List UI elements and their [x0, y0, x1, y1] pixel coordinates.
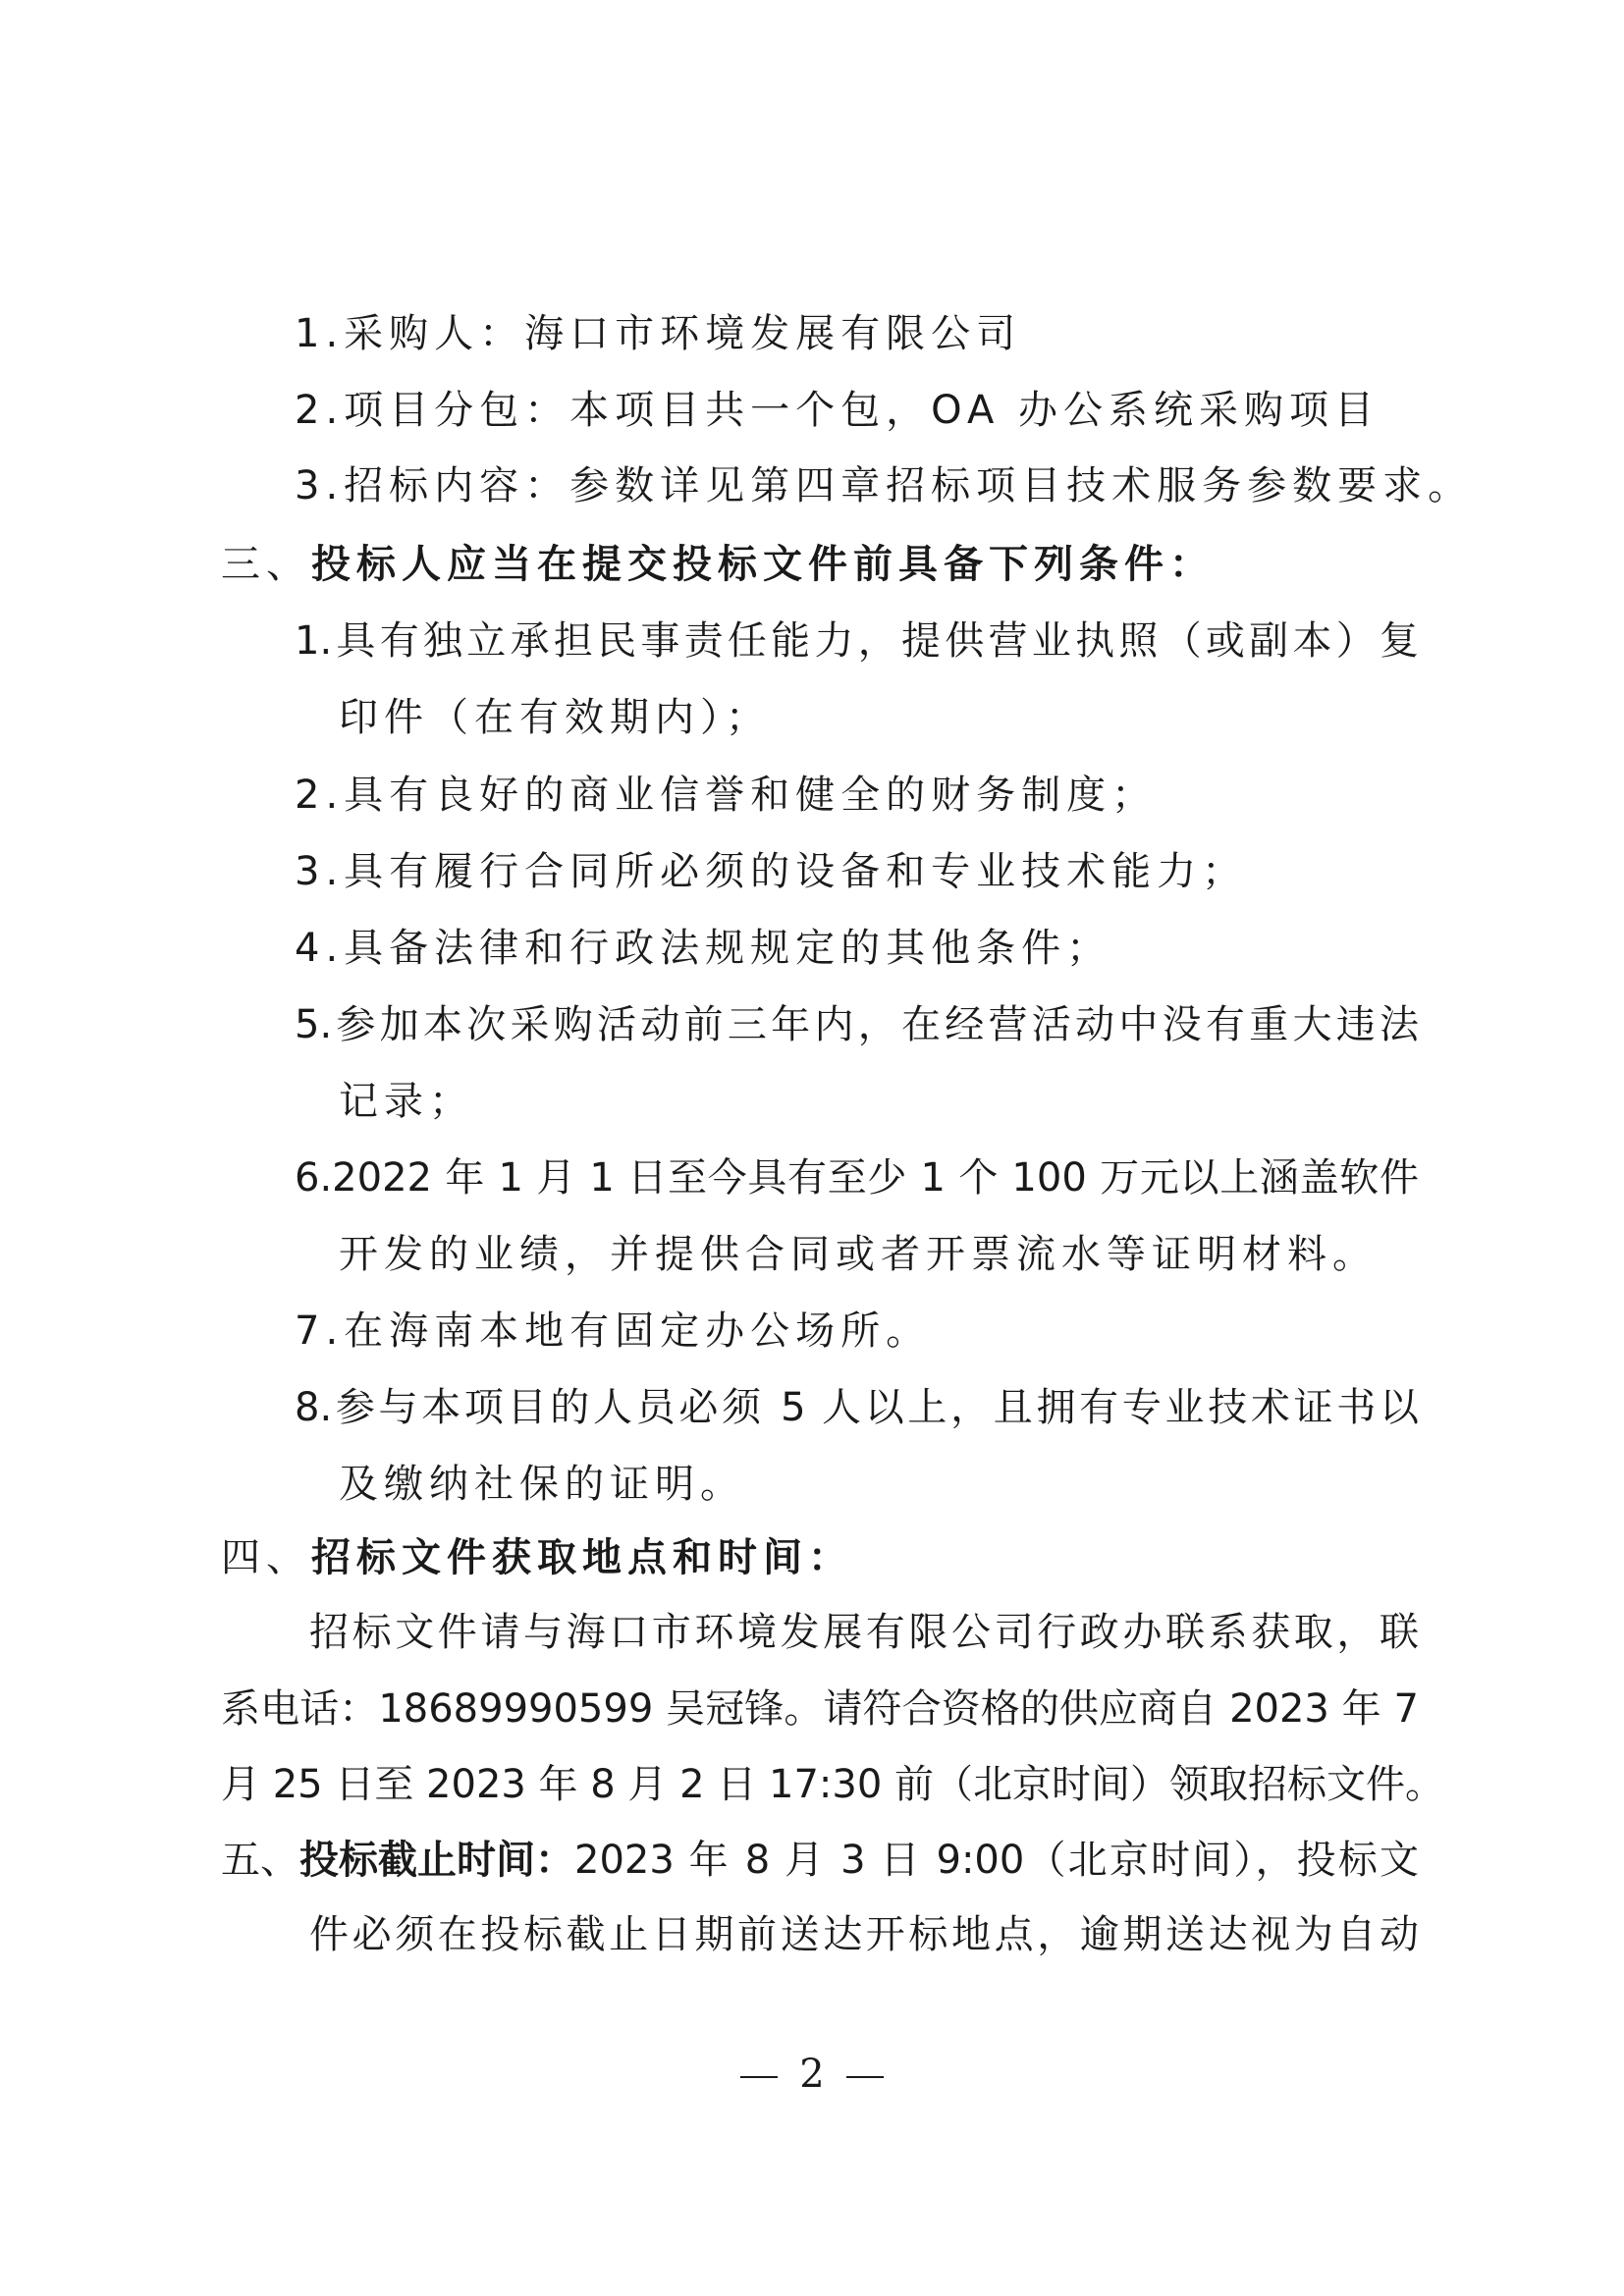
section-5-number: 五、 — [221, 1836, 299, 1885]
requirement-6-line2: 开发的业绩，并提供合同或者开票流水等证明材料。 — [339, 1230, 1378, 1279]
section-4-title: 招标文件获取地点和时间： — [311, 1535, 853, 1580]
page-number: 2 — [799, 2052, 824, 2097]
requirement-5-line1: 5.参加本次采购活动前三年内，在经营活动中没有重大违法 — [295, 1000, 1419, 1049]
footer-dash-right — [846, 2076, 884, 2078]
footer-dash-left — [740, 2076, 778, 2078]
section-5-title: 投标截止时间： — [299, 1836, 574, 1885]
section-3-title: 投标人应当在提交投标文件前具备下列条件： — [311, 542, 1215, 587]
requirement-1-line2: 印件（在有效期内）； — [339, 693, 771, 742]
section-3-number: 三、 — [221, 542, 311, 587]
section-5-heading: 五、投标截止时间：2023 年 8 月 3 日 9:00（北京时间），投标文 — [221, 1836, 1419, 1885]
section-5-continuation: 件必须在投标截止日期前送达开标地点，逾期送达视为自动 — [309, 1910, 1419, 1959]
section-4-number: 四、 — [221, 1535, 311, 1580]
section-5-deadline: 2023 年 8 月 3 日 9:00（北京时间），投标文 — [574, 1836, 1419, 1885]
page-footer: 2 — [0, 2052, 1624, 2097]
procurement-item-purchaser: 1.采购人：海口市环境发展有限公司 — [295, 309, 1021, 358]
section-4-para-line1: 招标文件请与海口市环境发展有限公司行政办联系获取，联 — [309, 1608, 1419, 1657]
procurement-item-content: 3.招标内容：参数详见第四章招标项目技术服务参数要求。 — [295, 461, 1473, 510]
requirement-5-line2: 记录； — [339, 1077, 474, 1126]
section-4-para-line3: 月 25 日至 2023 年 8 月 2 日 17:30 前（北京时间）领取招标… — [221, 1760, 1419, 1809]
requirement-1-line1: 1.具有独立承担民事责任能力，提供营业执照（或副本）复 — [295, 616, 1419, 666]
requirement-4: 4.具备法律和行政法规规定的其他条件； — [295, 924, 1111, 973]
requirement-6-line1: 6.2022 年 1 月 1 日至今具有至少 1 个 100 万元以上涵盖软件 — [295, 1153, 1419, 1202]
requirement-3: 3.具有履行合同所必须的设备和专业技术能力； — [295, 847, 1247, 896]
section-4-heading: 四、招标文件获取地点和时间： — [221, 1533, 853, 1582]
section-3-heading: 三、投标人应当在提交投标文件前具备下列条件： — [221, 540, 1215, 589]
section-4-para-line2: 系电话：18689990599 吴冠锋。请符合资格的供应商自 2023 年 7 — [221, 1684, 1419, 1734]
requirement-8-line2: 及缴纳社保的证明。 — [339, 1460, 745, 1509]
requirement-8-line1: 8.参与本项目的人员必须 5 人以上，且拥有专业技术证书以 — [295, 1383, 1419, 1432]
procurement-item-package: 2.项目分包：本项目共一个包，OA 办公系统采购项目 — [295, 386, 1380, 435]
requirement-7: 7.在海南本地有固定办公场所。 — [295, 1307, 931, 1356]
requirement-2: 2.具有良好的商业信誉和健全的财务制度； — [295, 771, 1157, 820]
